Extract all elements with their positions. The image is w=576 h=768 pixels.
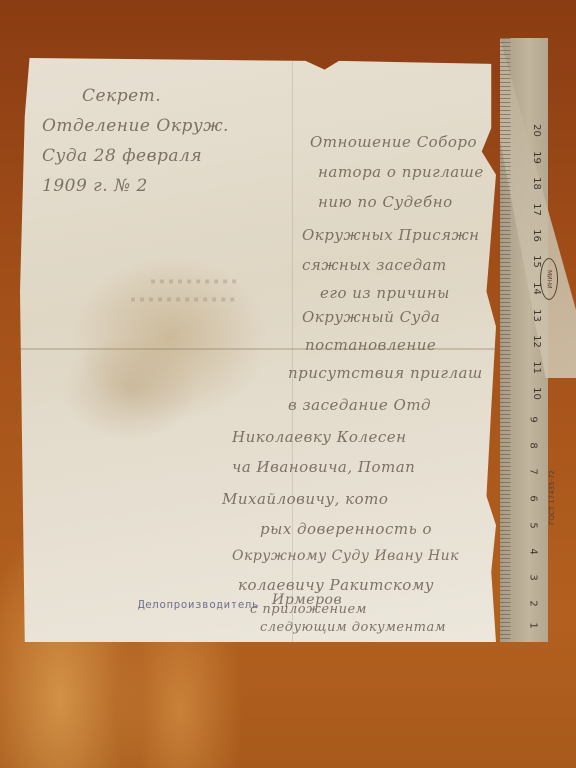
document-paper: ▪▪▪▪▪▪▪▪▪▪ ▪▪▪▪▪▪▪▪▪▪▪▪ Секрет. Отделени… bbox=[20, 58, 496, 642]
body-line: рых доверенность о bbox=[260, 520, 432, 538]
body-line: Окружный Суда bbox=[302, 308, 440, 326]
ruler-standard-label: ГОСТ 17435-72 bbox=[548, 470, 556, 525]
ruler-number: 8 bbox=[528, 442, 539, 448]
body-line: Окружному Суду Ивану Ник bbox=[232, 548, 459, 564]
faded-print: ▪▪▪▪▪▪▪▪▪▪▪▪ bbox=[130, 294, 238, 305]
ruler-number: 2 bbox=[528, 600, 539, 606]
body-line: ча Ивановича, Потап bbox=[232, 458, 415, 476]
header-line: Отделение Окруж. bbox=[42, 116, 229, 136]
body-line: Окружных Присяжн bbox=[302, 226, 480, 244]
body-line: сяжных заседат bbox=[302, 256, 447, 274]
header-line: Секрет. bbox=[82, 86, 161, 106]
header-line: Суда 28 февраля bbox=[42, 146, 202, 166]
ruler-number: 10 bbox=[531, 387, 542, 400]
header-line: 1909 г. № 2 bbox=[42, 176, 148, 196]
ruler-number: 6 bbox=[528, 495, 539, 501]
body-line: следующим документам bbox=[260, 620, 446, 635]
body-line: постановление bbox=[305, 336, 436, 354]
ruler-number: 11 bbox=[531, 361, 542, 374]
ruler-number: 7 bbox=[528, 468, 539, 474]
body-line: натора о приглаше bbox=[318, 163, 484, 181]
body-line: в заседание Отд bbox=[288, 396, 431, 414]
body-line: присутствия приглаш bbox=[288, 364, 483, 382]
body-line: Отношение Соборо bbox=[310, 133, 477, 151]
ruler-number: 4 bbox=[528, 548, 539, 554]
ruler-ticks bbox=[500, 38, 526, 642]
ruler-number: 18 bbox=[531, 177, 542, 190]
ruler-number: 17 bbox=[531, 203, 542, 216]
ruler-brand-logo: МИНИ bbox=[540, 258, 558, 300]
ruler-number: 13 bbox=[531, 309, 542, 322]
ruler-number: 12 bbox=[531, 335, 542, 348]
ruler-number: 16 bbox=[531, 229, 542, 242]
body-line: Михайловичу, кото bbox=[222, 490, 388, 508]
ruler-number: 1 bbox=[528, 622, 539, 628]
clerk-stamp: Делопроизводитель bbox=[138, 598, 259, 611]
ruler-number: 9 bbox=[528, 416, 539, 422]
ruler-number: 19 bbox=[531, 151, 542, 164]
body-line: его из причины bbox=[320, 284, 450, 302]
ruler-number: 5 bbox=[528, 522, 539, 528]
ruler-number: 20 bbox=[531, 124, 542, 137]
faded-print: ▪▪▪▪▪▪▪▪▪▪ bbox=[150, 276, 240, 287]
ruler-number: 3 bbox=[528, 574, 539, 580]
signature: Ирмеров bbox=[272, 592, 342, 608]
ruler-number: 15 bbox=[531, 255, 542, 268]
body-line: Николаевку Колесен bbox=[232, 428, 406, 446]
body-line: нию по Судебно bbox=[318, 193, 453, 211]
